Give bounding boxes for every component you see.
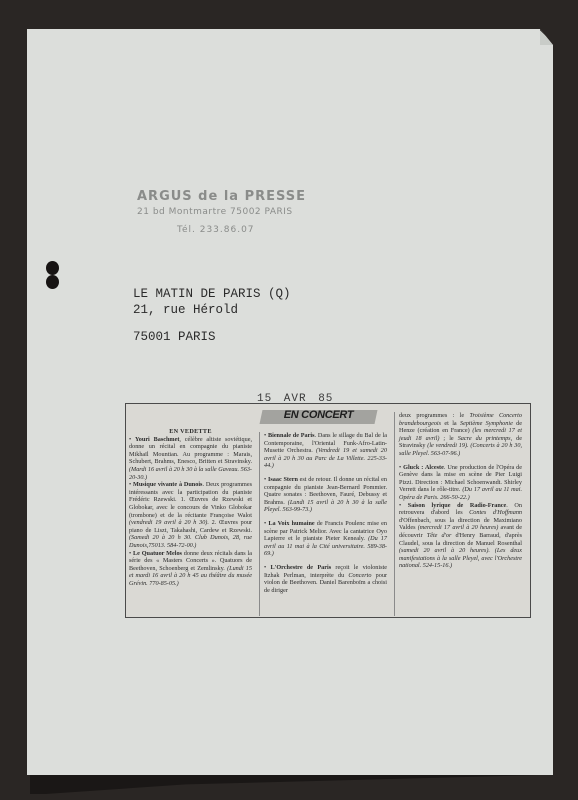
column-2: • Biennale de Paris. Dans le sillage du … xyxy=(259,432,387,616)
column-3: deux programmes : le Troisième Concerto … xyxy=(394,412,522,616)
stamp-agency-name: ARGUS de la PRESSE xyxy=(137,189,327,204)
listing-item: • L'Orchestre de Paris reçoit le violoni… xyxy=(264,564,387,594)
recipient-city: 75001 PARIS xyxy=(133,330,216,344)
listing-item: • La Voix humaine de Francis Poulenc mis… xyxy=(264,520,387,558)
binder-hole-bottom xyxy=(46,275,59,289)
banner-title: EN CONCERT xyxy=(261,409,376,421)
binder-hole-top xyxy=(46,261,59,275)
newspaper-clipping: EN CONCERT EN VEDETTE • Youri Baschmet, … xyxy=(125,403,531,618)
listing-item: • Saison lyrique de Radio-France. On ret… xyxy=(399,502,522,570)
listing-item: • Le Quatuor Melos donne deux récitals d… xyxy=(129,550,252,588)
listing-item: • Gluck : Alceste. Une production de l'O… xyxy=(399,464,522,502)
recipient-street: 21, rue Hérold xyxy=(133,303,238,317)
listing-item: • Biennale de Paris. Dans le sillage du … xyxy=(264,432,387,470)
stamp-address: 21 bd Montmartre 75002 PARIS xyxy=(137,207,337,217)
archive-page: ARGUS de la PRESSE 21 bd Montmartre 7500… xyxy=(27,29,553,775)
recipient-name: LE MATIN DE PARIS (Q) xyxy=(133,287,291,301)
folded-corner xyxy=(540,29,553,45)
listing-item: • Musique vivante à Dunois. Deux program… xyxy=(129,481,252,549)
section-heading: EN VEDETTE xyxy=(129,428,252,436)
listing-item: • Isaac Stern est de retour. Il donne un… xyxy=(264,476,387,514)
listing-item-continuation: deux programmes : le Troisième Concerto … xyxy=(399,412,522,458)
column-1: EN VEDETTE • Youri Baschmet, célèbre alt… xyxy=(129,428,252,587)
stamp-phone: Tél. 233.86.07 xyxy=(177,225,317,235)
listing-item: • Youri Baschmet, célèbre altiste soviét… xyxy=(129,436,252,482)
